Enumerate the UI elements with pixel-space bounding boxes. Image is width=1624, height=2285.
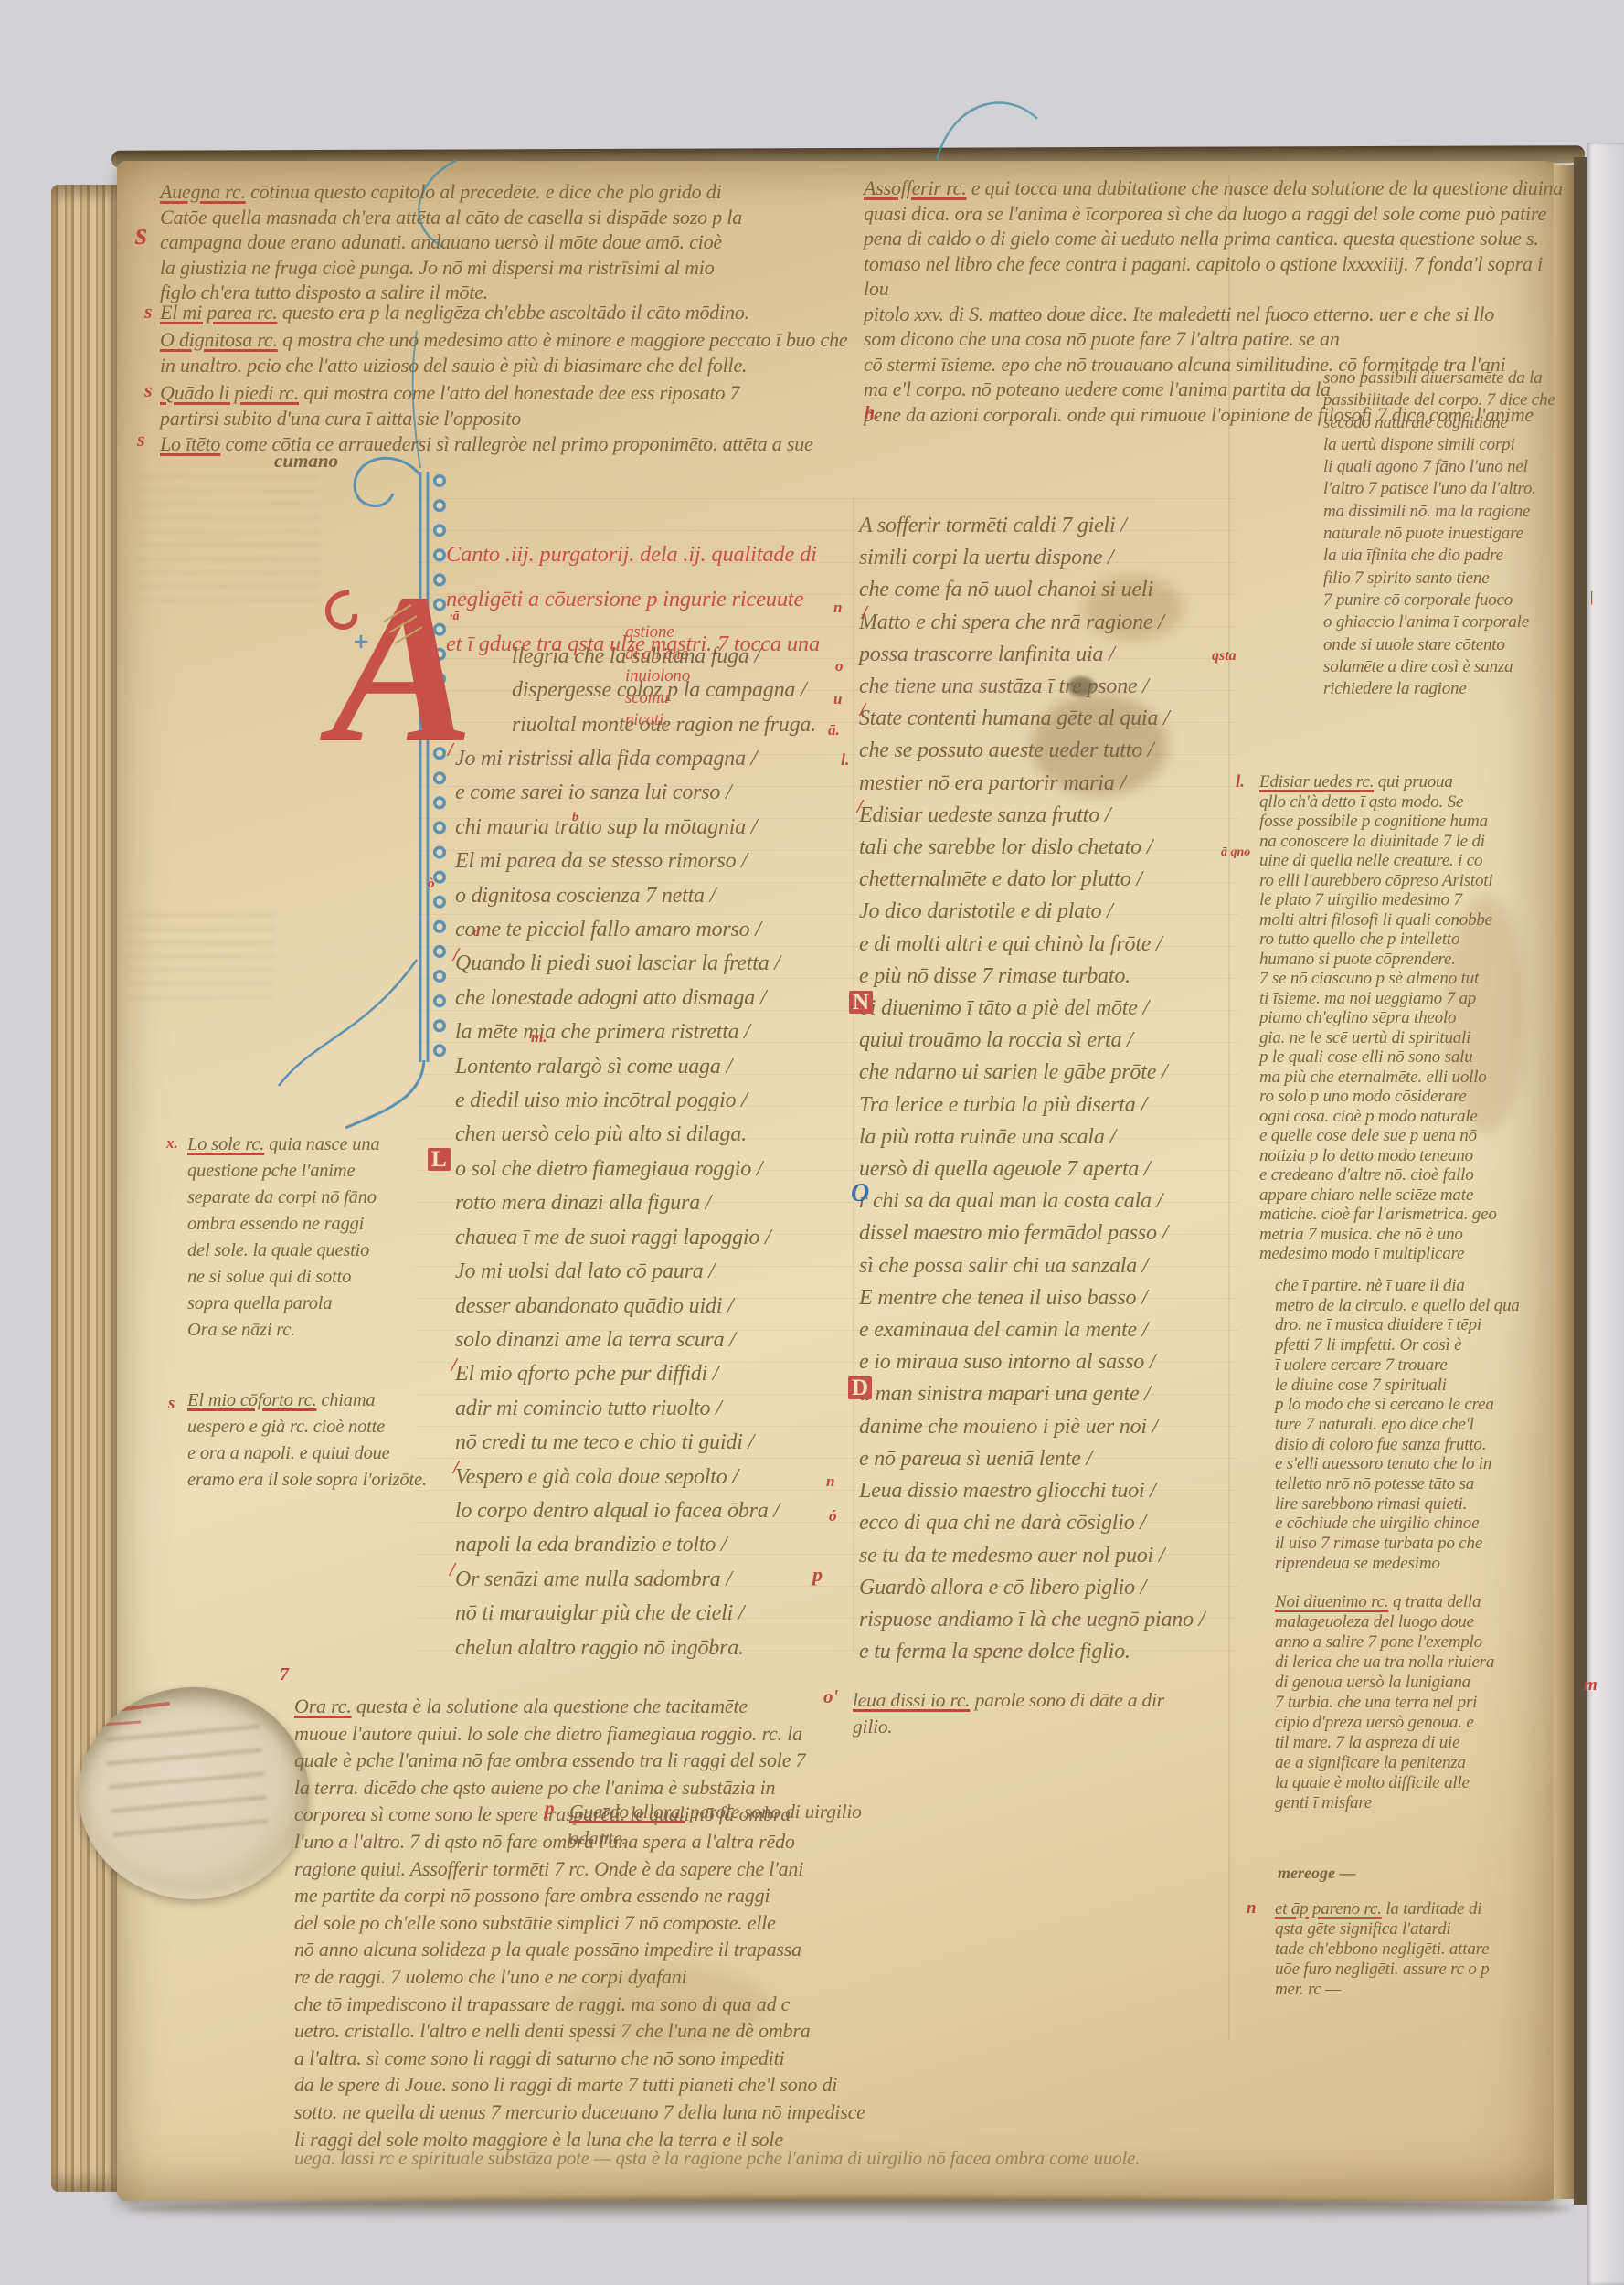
corr-o: ò bbox=[428, 877, 435, 891]
gloss-elmioconforto-lemma: El mio cōforto rc. bbox=[187, 1390, 316, 1410]
paraph-quandolipiedi: s bbox=[144, 380, 153, 400]
ref-h: h. bbox=[865, 404, 879, 422]
verse-col1: Jo mi ristrissi alla fida compagna / e c… bbox=[455, 742, 848, 1665]
book-spine-page-edges bbox=[51, 185, 119, 2192]
corr-d: d bbox=[473, 927, 480, 940]
ref-m-right: m bbox=[1584, 1676, 1597, 1694]
slash-state: / bbox=[860, 700, 865, 719]
verse-col2: A sofferir tormēti caldi 7 gieli / simil… bbox=[859, 510, 1252, 1668]
gloss-quandolipiedi-lemma: Quādo li piedi rc. bbox=[160, 381, 299, 404]
gloss-elmiparea-lemma: El mi parea rc. bbox=[160, 301, 278, 324]
column-rule-left bbox=[853, 498, 854, 1652]
initial-O-orchisa: O bbox=[851, 1181, 869, 1206]
gloss-edisiar-lemma: Edisiar uedes rc. bbox=[1259, 772, 1374, 792]
gloss-ora-bottom-text: questa è la solutione ala questione che … bbox=[294, 1695, 865, 2151]
book-shadow bbox=[128, 2197, 1572, 2221]
slash-edisiar: / bbox=[857, 797, 863, 816]
screenshot-root: { "colors":{"ink":"#7c6442","faded":"#94… bbox=[0, 0, 1624, 2285]
ref-n-verse: n bbox=[826, 1473, 834, 1489]
word-mereoge: mereoge — bbox=[1278, 1865, 1355, 1881]
ref-n1: n bbox=[833, 600, 842, 615]
gloss-losole-lemma: Lo sole rc. bbox=[187, 1134, 264, 1154]
gloss-losole-text: quia nasce una questione pche l'anime se… bbox=[187, 1134, 379, 1340]
paraph-lointento: s bbox=[137, 430, 145, 450]
word-cumano: cumano bbox=[274, 452, 338, 471]
slash-elmio: / bbox=[451, 1355, 457, 1375]
gloss-avegna-text: cōtinua questo capitolo al precedēte. e … bbox=[160, 180, 742, 303]
ref-p-verse: p bbox=[812, 1565, 823, 1585]
gloss-ora-bottom: Ora rc. questa è la solutione ala questi… bbox=[294, 1693, 1405, 2152]
gloss-odignitosa-lemma: O dignitosa rc. bbox=[160, 328, 278, 351]
mark-losole: x. bbox=[166, 1135, 178, 1151]
ref-l2: l. bbox=[1236, 773, 1245, 791]
slash-jomi: / bbox=[448, 740, 453, 760]
gloss-ora-bottom-lemma: Ora rc. bbox=[294, 1695, 352, 1717]
mark-edge-red: | bbox=[1590, 590, 1594, 605]
initial-N-noi: N bbox=[849, 991, 873, 1014]
gloss-bottom-lastline: uega. lassi rc e spirituale substāza pot… bbox=[294, 2146, 1574, 2170]
gloss-asofferir-top-lemma: Assofferir rc. bbox=[864, 176, 967, 199]
slash-matto: / bbox=[862, 603, 867, 622]
paraph-elmiparea: s bbox=[144, 302, 153, 322]
ref-m-col1: m. bbox=[531, 1029, 547, 1045]
ref-p-guardo: p bbox=[545, 1799, 555, 1818]
ref-a1: ā. bbox=[828, 722, 840, 738]
paraph-avegna: s bbox=[135, 219, 147, 250]
slash-quando: / bbox=[453, 945, 459, 964]
facing-page-sliver bbox=[1587, 143, 1624, 2285]
verse-col1-head-text: llegria che la subitana fuga / disperges… bbox=[512, 644, 816, 737]
verse-col1-text: Jo mi ristrissi alla fida compagna / e c… bbox=[455, 747, 780, 1660]
gloss-elmiparea-text: questo era p la negligēza ch'ebbe ascolt… bbox=[278, 301, 749, 324]
ref-n-etapp: n bbox=[1247, 1899, 1257, 1917]
paraph-ora: 7 bbox=[280, 1665, 289, 1684]
gloss-bottom-lastline-text: uega. lassi rc e spirituale substāza pot… bbox=[294, 2147, 1140, 2169]
ref-u1: u bbox=[833, 691, 842, 707]
initial-L-losol: L bbox=[428, 1148, 451, 1171]
gloss-losole: Lo sole rc. quia nasce una questione pch… bbox=[187, 1132, 452, 1344]
ref-o-verse: ó bbox=[829, 1508, 837, 1524]
slash-orse: / bbox=[450, 1560, 455, 1579]
verse-col1-head: llegria che la subitana fuga / disperges… bbox=[512, 640, 841, 742]
gloss-right-cont-text: che ī partire. nè ī uare il dia metro de… bbox=[1275, 1276, 1520, 1573]
corr-b: b bbox=[572, 812, 578, 824]
gloss-lointento-lemma: Lo ītēto bbox=[160, 432, 220, 455]
gloss-right-passibili-text: sono passibili diuersamēte da la passibi… bbox=[1323, 368, 1555, 698]
verse-col2-text: A sofferir tormēti caldi 7 gieli / simil… bbox=[859, 514, 1205, 1663]
gloss-edisiar: Edisiar uedes rc. qui pruoua qllo ch'à d… bbox=[1259, 772, 1588, 1264]
pen-trial-squiggle bbox=[928, 87, 1046, 169]
ref-o-leva: o' bbox=[823, 1687, 838, 1706]
corr-a: ·ā bbox=[450, 611, 460, 623]
gloss-right-cont: che ī partire. nè ī uare il dia metro de… bbox=[1275, 1276, 1590, 1574]
underpage-showthrough bbox=[105, 1725, 271, 1856]
ref-aqno: ā qno bbox=[1221, 846, 1250, 859]
gloss-edisiar-text: qui pruoua qllo ch'à detto ī qsto modo. … bbox=[1259, 772, 1497, 1263]
ref-o1: o bbox=[835, 658, 844, 674]
gloss-right-passibili: sono passibili diuersamēte da la passibi… bbox=[1323, 367, 1588, 700]
gloss-noidivenimmo-lemma: Noi diuenimo rc. bbox=[1275, 1592, 1388, 1611]
gloss-elmioconforto: El mio cōforto rc. chiama uespero e già … bbox=[187, 1387, 471, 1493]
slash-vespero: / bbox=[453, 1458, 459, 1477]
gloss-avegna-lemma: Auegna rc. bbox=[160, 180, 246, 203]
vellum-hole bbox=[79, 1687, 309, 1899]
ref-qsta: qsta bbox=[1212, 649, 1237, 664]
mark-elmio: s bbox=[168, 1395, 175, 1412]
initial-D-daman: D bbox=[848, 1376, 872, 1399]
ref-l1: l. bbox=[841, 751, 850, 768]
